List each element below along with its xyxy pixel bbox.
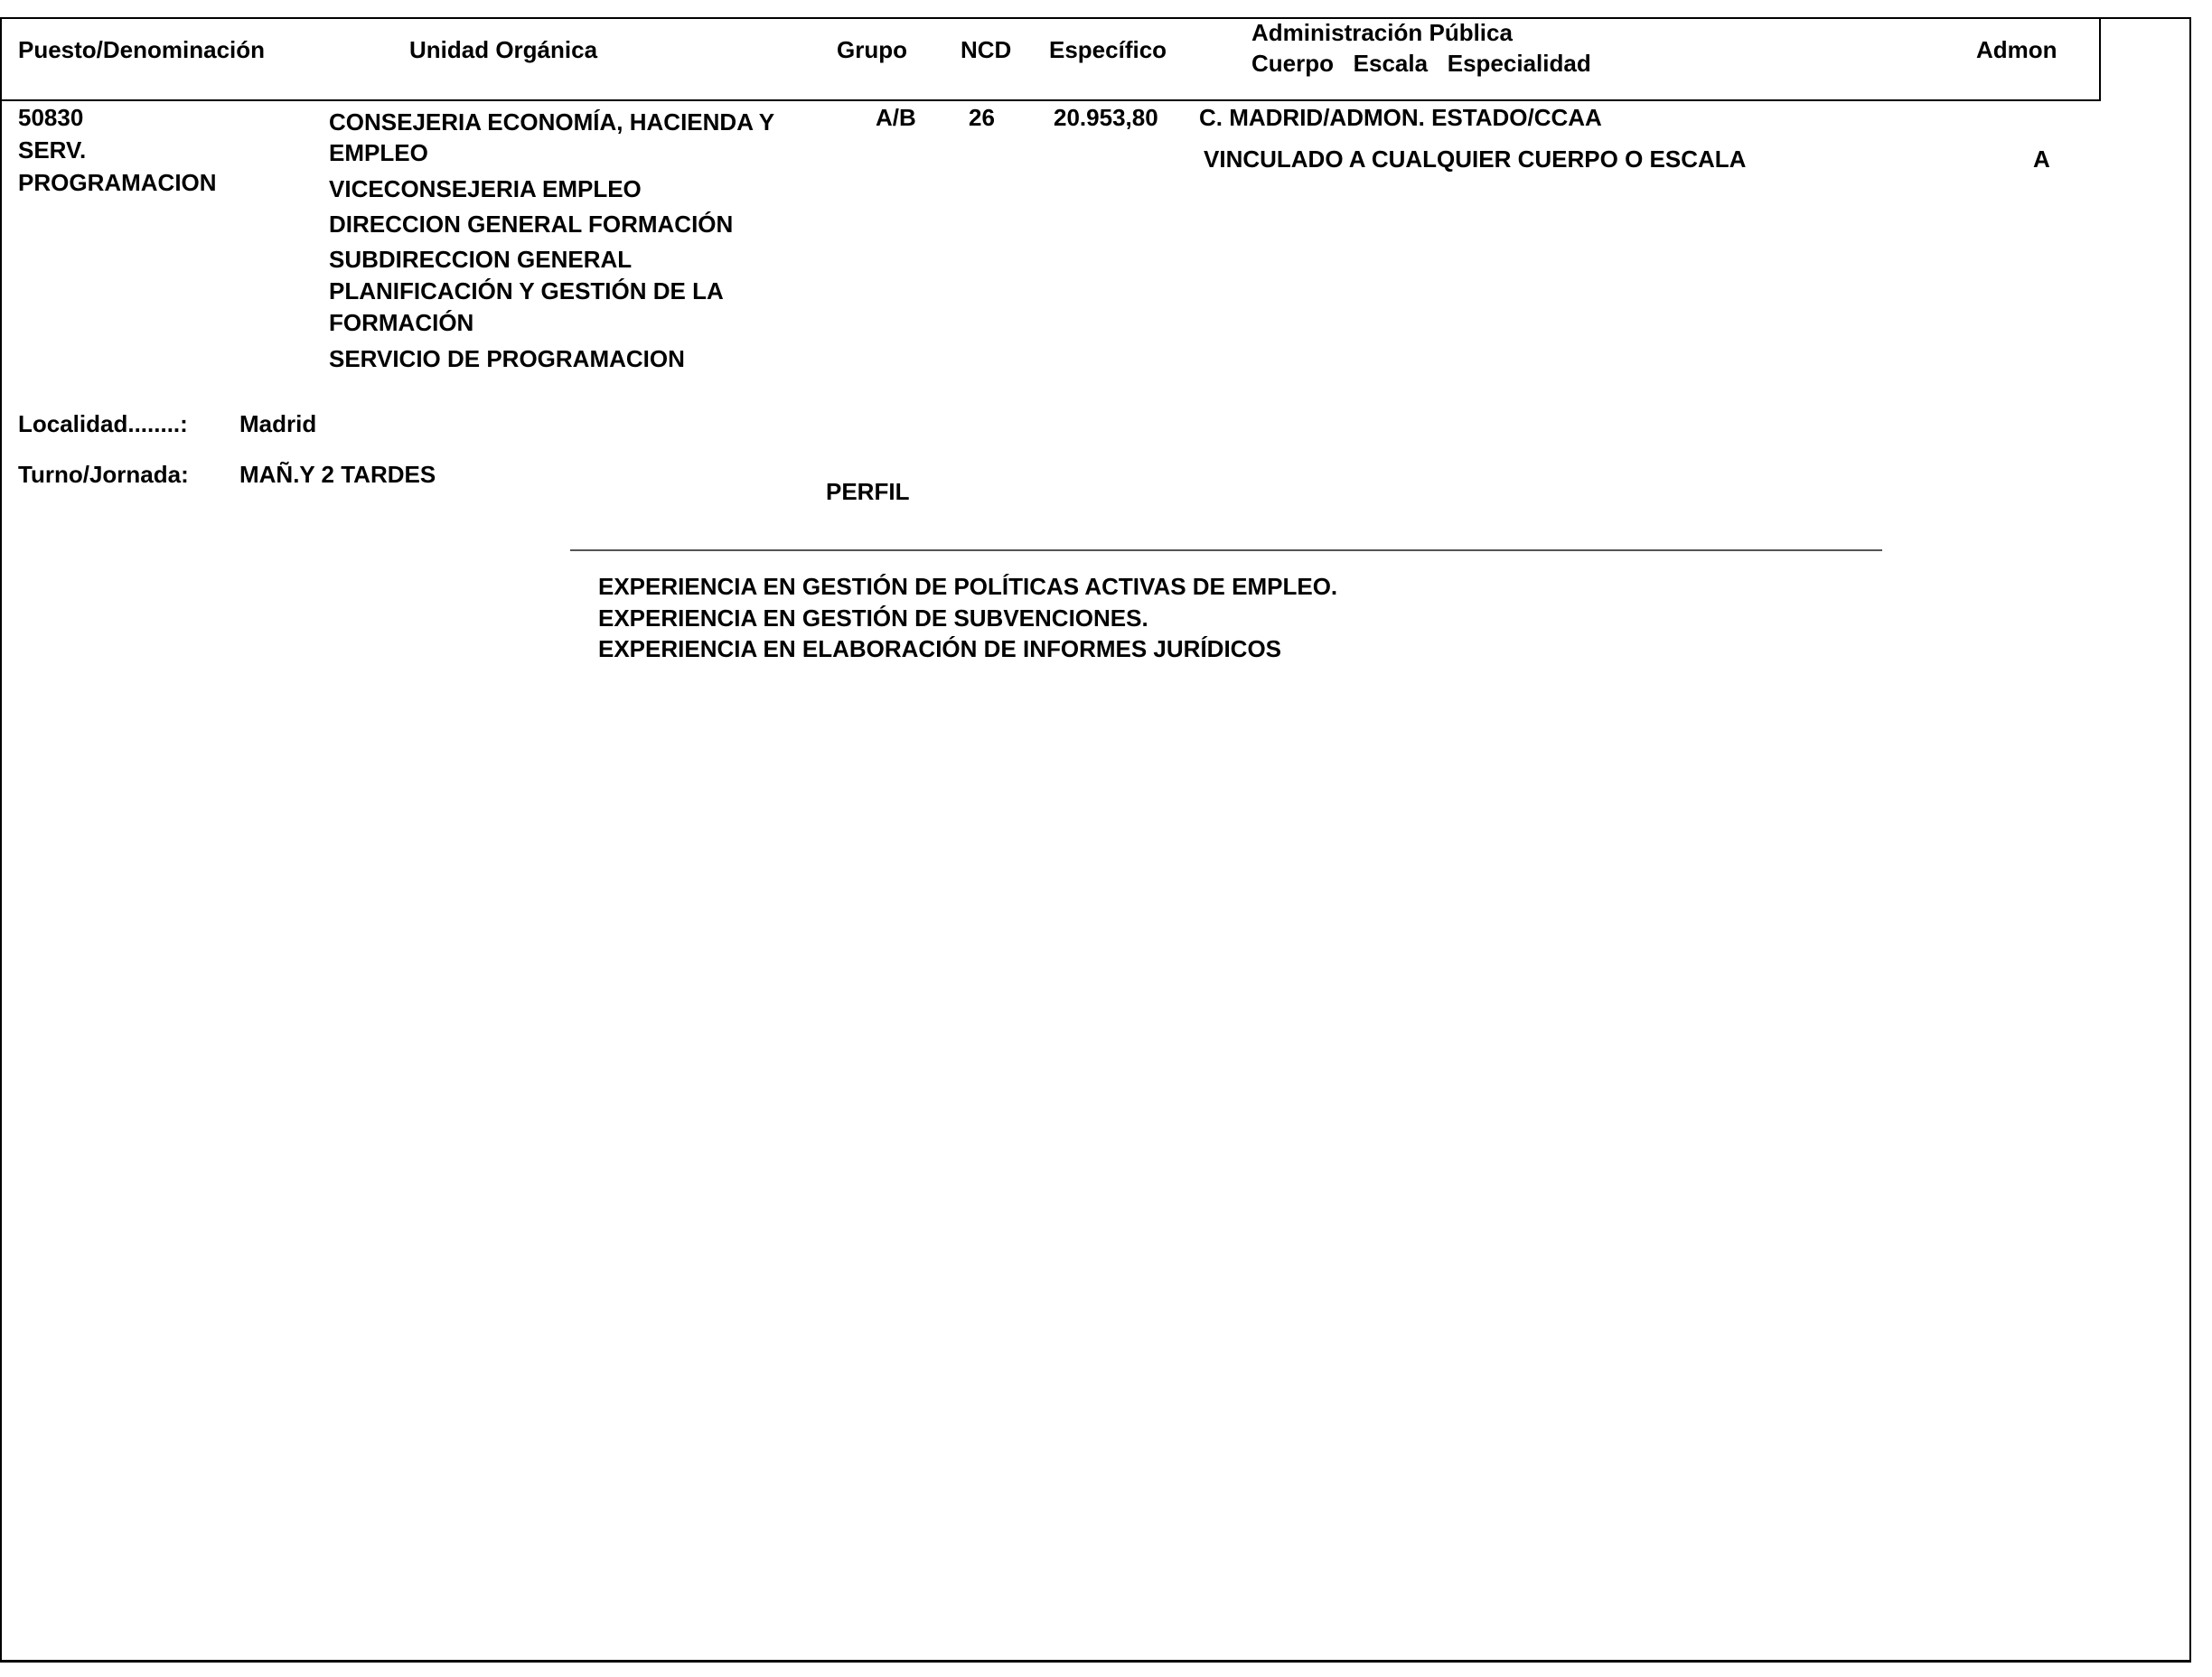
header-unidad: Unidad Orgánica (409, 38, 597, 61)
cuerpo-value: VINCULADO A CUALQUIER CUERPO O ESCALA (1204, 147, 1746, 171)
header-puesto: Puesto/Denominación (18, 38, 265, 61)
turno-value: MAÑ.Y 2 TARDES (239, 463, 436, 486)
unidad-line: DIRECCION GENERAL FORMACIÓN (329, 212, 733, 236)
ncd-value: 26 (969, 106, 995, 129)
header-cuerpo-escala: Cuerpo Escala Especialidad (1251, 52, 1591, 75)
localidad-value: Madrid (239, 412, 316, 436)
unidad-line: EMPLEO (329, 141, 428, 164)
header-grupo: Grupo (837, 38, 907, 61)
puesto-codigo: 50830 (18, 106, 83, 129)
unidad-line: SUBDIRECCION GENERAL (329, 248, 632, 271)
puesto-denominacion-1: SERV. (18, 138, 86, 162)
header-especifico: Específico (1049, 38, 1167, 61)
administracion-value: C. MADRID/ADMON. ESTADO/CCAA (1199, 106, 1602, 129)
puesto-denominacion-2: PROGRAMACION (18, 171, 217, 194)
perfil-line: EXPERIENCIA EN GESTIÓN DE POLÍTICAS ACTI… (598, 575, 1337, 598)
perfil-line: EXPERIENCIA EN GESTIÓN DE SUBVENCIONES. (598, 606, 1148, 630)
turno-label: Turno/Jornada: (18, 463, 189, 486)
localidad-label: Localidad........: (18, 412, 188, 436)
especifico-value: 20.953,80 (1054, 106, 1158, 129)
perfil-line: EXPERIENCIA EN ELABORACIÓN DE INFORMES J… (598, 637, 1281, 660)
perfil-title: PERFIL (826, 480, 909, 503)
unidad-line: SERVICIO DE PROGRAMACION (329, 347, 685, 370)
header-admon: Admon (1976, 38, 2057, 61)
header-admin-publica: Administración Pública (1251, 21, 1513, 44)
unidad-line: PLANIFICACIÓN Y GESTIÓN DE LA (329, 279, 724, 303)
admon-value: A (2033, 147, 2050, 171)
unidad-line: VICECONSEJERIA EMPLEO (329, 177, 642, 201)
unidad-line: FORMACIÓN (329, 311, 473, 334)
unidad-line: CONSEJERIA ECONOMÍA, HACIENDA Y (329, 110, 774, 134)
header-ncd: NCD (961, 38, 1011, 61)
perfil-divider (570, 549, 1882, 551)
grupo-value: A/B (876, 106, 916, 129)
